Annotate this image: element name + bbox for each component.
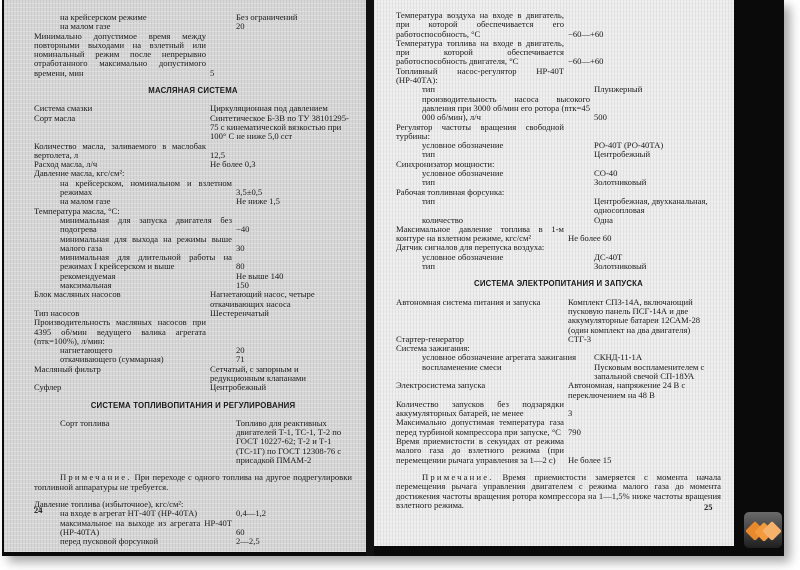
spec-label: минимальная для выхода на режимы выше ма… — [34, 235, 232, 254]
spec-label: воспламенение смеси — [396, 363, 590, 382]
spec-value: Центробежная, двухканальная, односоплова… — [590, 197, 721, 216]
spec-row: Регулятор частоты вращения свободной тур… — [396, 123, 721, 142]
spec-label: Максимально допустимая температура газа … — [396, 418, 564, 437]
spec-row: Электросистема запускаАвтономная, напряж… — [396, 381, 721, 400]
spec-value: Топливо для реактивных двигателей Т-1, Т… — [232, 419, 352, 465]
spec-value: Автономная, напряжение 24 В с переключен… — [564, 381, 721, 400]
spec-label: Сорт топлива — [34, 419, 232, 465]
spec-value: Пусковым воспламенителем с запальной све… — [590, 363, 721, 382]
spec-value: 20 — [232, 22, 352, 31]
spec-label: Температура воздуха на входе в двигатель… — [396, 11, 564, 39]
spec-label: Максимальное давление топлива в 1-м конт… — [396, 225, 564, 244]
spec-value: Комплект СПЗ-14А, включающий пусковую па… — [564, 298, 721, 335]
spec-row: Минимально допустимое время между повтор… — [34, 32, 352, 78]
spec-value: 500 — [590, 113, 721, 122]
spec-row: Время приемистости в секундах от режима … — [396, 437, 721, 465]
spec-label: максимальное на выходе из агрегата НР-40… — [34, 519, 232, 538]
spec-label: Температура топлива на входе в двигатель… — [396, 39, 564, 67]
right-page-content: Температура воздуха на входе в двигатель… — [396, 11, 721, 518]
spec-row: Температура топлива на входе в двигатель… — [396, 39, 721, 67]
spec-row: Максимально допустимая температура газа … — [396, 418, 721, 437]
section-heading: СИСТЕМА ЭЛЕКТРОПИТАНИЯ И ЗАПУСКА — [396, 279, 721, 288]
spec-row: Блок масляных насосовНагнетающий насос, … — [34, 290, 352, 309]
spec-value: Центробежный — [590, 150, 721, 159]
spec-value: Плунжерный — [590, 85, 721, 94]
spec-value: 30 — [232, 244, 352, 253]
spec-row: Сорт топливаТопливо для реактивных двига… — [34, 419, 352, 465]
spec-row: Температура воздуха на входе в двигатель… — [396, 11, 721, 39]
section-heading: МАСЛЯНАЯ СИСТЕМА — [34, 86, 352, 95]
spec-row: типЦентробежная, двухканальная, односопл… — [396, 197, 721, 216]
spec-value: Не ниже 1,5 — [232, 197, 352, 206]
spec-row: Топливный насос-регулятор НР-40Т (НР-40Т… — [396, 67, 721, 86]
spec-row: перед пусковой форсункой2—2,5 — [34, 537, 352, 546]
spec-label: перед пусковой форсункой — [34, 537, 232, 546]
spec-label: Время приемистости в секундах от режима … — [396, 437, 564, 465]
spec-row: Масляный фильтрСетчатый, с запорным и ре… — [34, 365, 352, 384]
spec-label: минимальная для запуска двигателя без по… — [34, 216, 232, 235]
spec-value: Сетчатый, с запорным и редукционным клап… — [206, 365, 352, 384]
spec-label: Сорт масла — [34, 114, 206, 142]
book-spine — [366, 0, 374, 556]
spec-row: Производительность масляных насосов при … — [34, 318, 352, 346]
spec-value: Не выше 140 — [232, 272, 352, 281]
spec-value: −60—+60 — [564, 30, 721, 39]
spec-label: Электросистема запуска — [396, 381, 564, 400]
spec-value: Центробежный — [206, 383, 352, 392]
spec-label: Автономная система питания и запуска — [396, 298, 564, 335]
spec-value: −60—+60 — [564, 57, 721, 66]
spec-value: Золотниковый — [590, 262, 721, 271]
orange-cards-icon[interactable] — [744, 512, 782, 548]
spec-row: максимальное на выходе из агрегата НР-40… — [34, 519, 352, 538]
spec-row: СуфлерЦентробежный — [34, 383, 352, 392]
left-page-content: на крейсерском режимеБез ограниченийна м… — [34, 13, 352, 546]
spec-value: 5 — [206, 69, 352, 78]
spec-label: минимальная для длительной работы на реж… — [34, 253, 232, 272]
spec-value: Не более 0,3 — [206, 160, 352, 169]
spec-row: условное обозначениеСО-40 — [396, 169, 721, 178]
spec-label: Блок масляных насосов — [34, 290, 206, 309]
spec-row: минимальная для запуска двигателя без по… — [34, 216, 352, 235]
spec-value: Нагнетающий насос, четыре откачивающих н… — [206, 290, 352, 309]
spec-value: Золотниковый — [590, 178, 721, 187]
spec-row: воспламенение смесиПусковым воспламените… — [396, 363, 721, 382]
spec-label: Количество масла, заливаемого в маслобак… — [34, 142, 206, 161]
spec-value: Шестеренчатый — [206, 309, 352, 318]
spec-value: СТГ-3 — [564, 335, 721, 344]
spec-row: Количество масла, заливаемого в маслобак… — [34, 142, 352, 161]
spec-row: Сорт маслаСинтетическое Б-3В по ТУ 38101… — [34, 114, 352, 142]
spec-row: условное обозначениеДС-40Т — [396, 253, 721, 262]
spec-label: Регулятор частоты вращения свободной тур… — [396, 123, 564, 142]
spec-label: тип — [396, 262, 590, 271]
spec-label: Минимально допустимое время между повтор… — [34, 32, 206, 78]
page-left: на крейсерском режимеБез ограниченийна м… — [4, 0, 366, 552]
spec-row: на крейсерском, номинальном и взлетном р… — [34, 179, 352, 198]
spec-label: Производительность масляных насосов при … — [34, 318, 206, 346]
spec-value: Не более 60 — [564, 234, 721, 243]
note-paragraph: Примечание. Время приемистости замеряетс… — [396, 473, 721, 510]
spec-value: Одна — [590, 216, 721, 225]
spec-value: 2—2,5 — [232, 537, 352, 546]
spec-value: Не более 15 — [564, 456, 721, 465]
spec-value: Без ограничений — [232, 13, 352, 22]
page-number-right: 25 — [704, 502, 713, 512]
spec-label: Суфлер — [34, 383, 206, 392]
spec-label: на крейсерском, номинальном и взлетном р… — [34, 179, 232, 198]
spec-row: Максимальное давление топлива в 1-м конт… — [396, 225, 721, 244]
section-heading: СИСТЕМА ТОПЛИВОПИТАНИЯ И РЕГУЛИРОВАНИЯ — [34, 401, 352, 410]
spec-row: производительность насоса высокого давле… — [396, 95, 721, 123]
spec-label: Количество запусков без подзарядки аккум… — [396, 400, 564, 419]
spec-row: типЗолотниковый — [396, 262, 721, 271]
spec-row: Количество запусков без подзарядки аккум… — [396, 400, 721, 419]
spec-value: −40 — [232, 225, 352, 234]
spec-value: Синтетическое Б-3В по ТУ 38101295-75 с к… — [206, 114, 352, 142]
spec-label: Масляный фильтр — [34, 365, 206, 384]
spec-label: тип — [396, 197, 590, 216]
page-number-left: 24 — [34, 505, 43, 515]
spec-row: минимальная для длительной работы на реж… — [34, 253, 352, 272]
spec-value: 0,4—1,2 — [232, 509, 352, 518]
spec-row: условное обозначениеРО-40Т (РО-40ТА) — [396, 141, 721, 150]
spec-row: Автономная система питания и запускаКомп… — [396, 298, 721, 335]
note-paragraph: Примечание. При переходе с одного топлив… — [34, 473, 352, 492]
spec-label: производительность насоса высокого давле… — [396, 95, 590, 123]
page-right: Температура воздуха на входе в двигатель… — [374, 0, 734, 546]
spec-row: минимальная для выхода на режимы выше ма… — [34, 235, 352, 254]
spec-value: 3 — [564, 409, 721, 418]
spec-value: 20 — [232, 346, 352, 355]
spec-label: Топливный насос-регулятор НР-40Т (НР-40Т… — [396, 67, 564, 86]
spec-value: 790 — [564, 428, 721, 437]
